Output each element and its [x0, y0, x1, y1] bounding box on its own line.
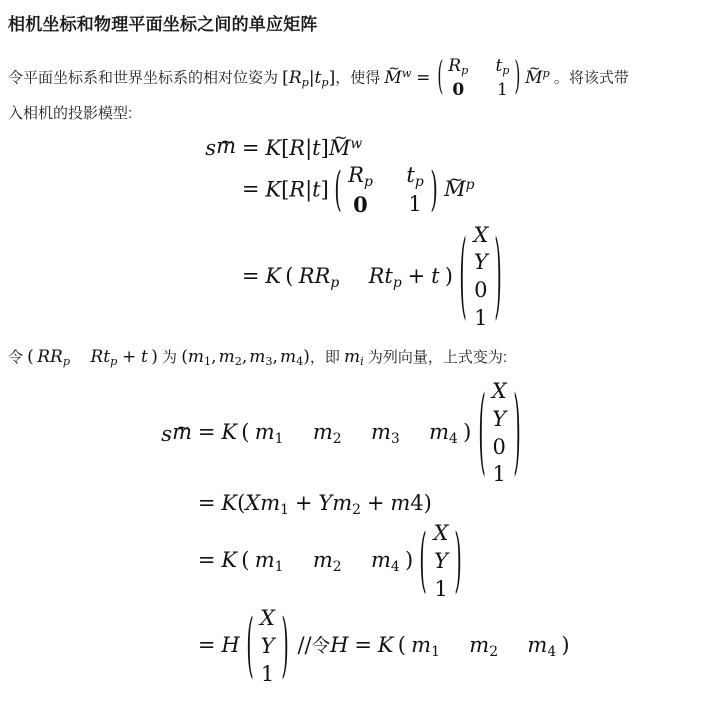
- document: 相机坐标和物理平面坐标之间的单应矩阵 令平面坐标系和世界坐标系的相对位姿为 [R…: [0, 0, 711, 688]
- paragraph-column-vectors: 令 (RRpRtp+t) 为 (m1,m2,m3,m4)，即 mi 为列向量，上…: [8, 343, 701, 373]
- page-title: 相机坐标和物理平面坐标之间的单应矩阵: [8, 10, 701, 35]
- paragraph-text: ，即: [310, 349, 344, 366]
- tilde-var: M~: [384, 70, 401, 87]
- matrix: (Rptp01): [437, 55, 521, 101]
- inline-math: [Rp|tp]: [282, 68, 335, 88]
- paragraph-text: ，使得: [335, 70, 384, 87]
- equation-line: =H(XY1)//令H=K(m1m2m4): [146, 605, 701, 688]
- paren-right-icon: ): [515, 59, 521, 97]
- equation-block-projection: sm~=K[R|t]M~w=K[R|t](Rptp01)M~p=K(RRpRtp…: [190, 136, 701, 333]
- tilde-var: M~: [525, 70, 542, 87]
- paren-left-icon: (: [420, 526, 427, 597]
- equation-line: =K(Xm1+Ym2+m4): [146, 491, 701, 518]
- equation-line: sm~=K[R|t]M~w: [190, 136, 701, 160]
- paren-left-icon: (: [437, 59, 443, 97]
- tilde-var: M~: [329, 138, 351, 159]
- paragraph-text: 。将该式带: [550, 70, 629, 87]
- paragraph-intro: 令平面坐标系和世界坐标系的相对位姿为 [Rp|tp]，使得 M~w=(Rptp0…: [8, 55, 701, 128]
- paren-left-icon: (: [478, 387, 485, 481]
- paren-left-icon: (: [246, 612, 253, 683]
- inline-math: (m1,m2,m3,m4): [181, 347, 310, 367]
- paragraph-text: 令: [8, 349, 27, 366]
- inline-math: M~w=(Rptp01)M~p: [384, 68, 549, 88]
- tilde-var: m~: [216, 136, 236, 160]
- inline-math: (RRpRtp+t): [27, 347, 158, 367]
- paragraph-text: 令平面坐标系和世界坐标系的相对位姿为: [8, 70, 282, 87]
- paragraph-text: 为列向量，上式变为:: [364, 349, 507, 366]
- matrix: (XY1): [246, 605, 289, 688]
- matrix: (XY1): [419, 520, 462, 603]
- equation-line: =K(m1m2m4)(XY1): [146, 520, 701, 603]
- equation-line: =K(RRpRtp+t)(XY01): [190, 222, 701, 333]
- equation-line: =K[R|t](Rptp01)M~p: [190, 162, 701, 220]
- tilde-var: M~: [444, 179, 466, 200]
- matrix: (XY01): [459, 222, 502, 333]
- equation-block-homography: sm~=K(m1m2m3m4)(XY01)=K(Xm1+Ym2+m4)=K(m1…: [146, 378, 701, 688]
- paren-right-icon: ): [495, 230, 502, 324]
- paragraph-text: 为: [158, 349, 181, 366]
- paren-right-icon: ): [281, 612, 288, 683]
- paren-right-icon: ): [455, 526, 462, 597]
- paren-right-icon: ): [513, 387, 520, 481]
- paren-left-icon: (: [460, 230, 467, 324]
- paren-right-icon: ): [430, 167, 437, 214]
- tilde-var: m~: [172, 422, 192, 446]
- paragraph-text: 入相机的投影模型:: [8, 105, 132, 122]
- matrix: (Rptp01): [334, 162, 438, 220]
- equation-line: sm~=K(m1m2m3m4)(XY01): [146, 378, 701, 489]
- matrix: (XY01): [478, 378, 521, 489]
- paren-left-icon: (: [334, 167, 341, 214]
- inline-math: mi: [344, 347, 364, 367]
